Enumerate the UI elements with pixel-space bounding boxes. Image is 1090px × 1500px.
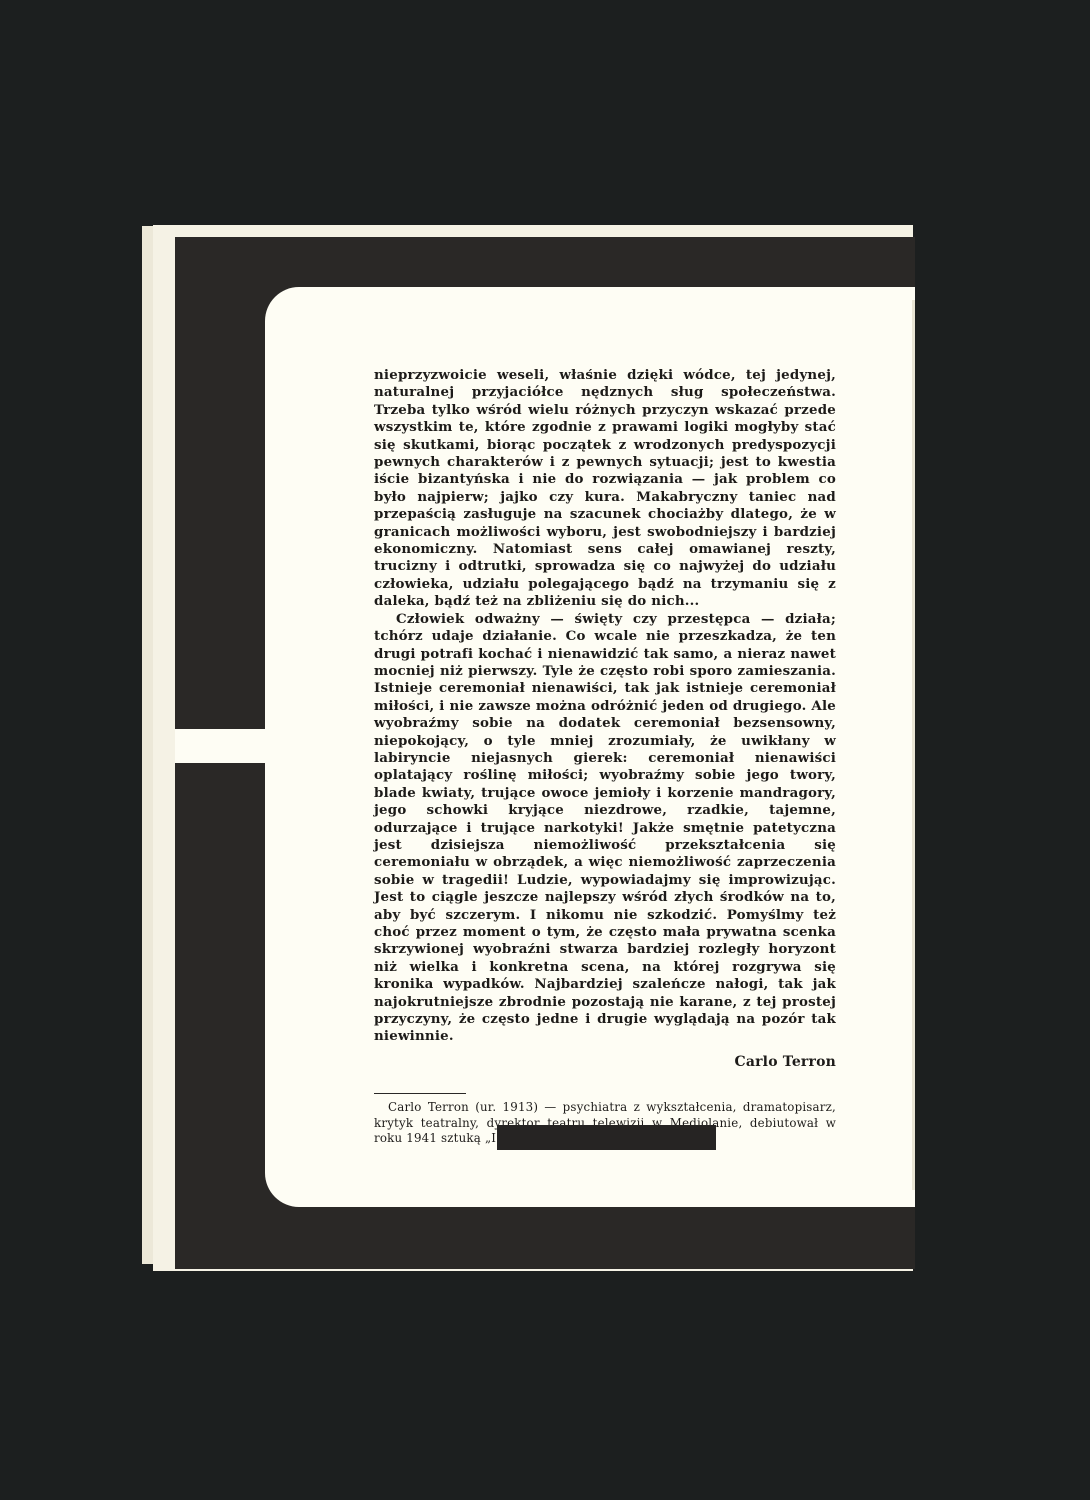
article-text: nieprzyzwoicie weseli, właśnie dzięki wó…: [374, 367, 836, 1147]
sheet-top-edge: [175, 230, 913, 236]
redaction-bar: [497, 1125, 716, 1150]
sheet-right-edge: [912, 300, 915, 1190]
paragraph-1: nieprzyzwoicie weseli, właśnie dzięki wó…: [374, 367, 836, 611]
frame-notch: [175, 729, 275, 763]
footnote-divider: [374, 1093, 466, 1094]
author-signature: Carlo Terron: [374, 1054, 836, 1071]
paragraph-2: Człowiek odważny — święty czy przestępca…: [374, 611, 836, 1046]
